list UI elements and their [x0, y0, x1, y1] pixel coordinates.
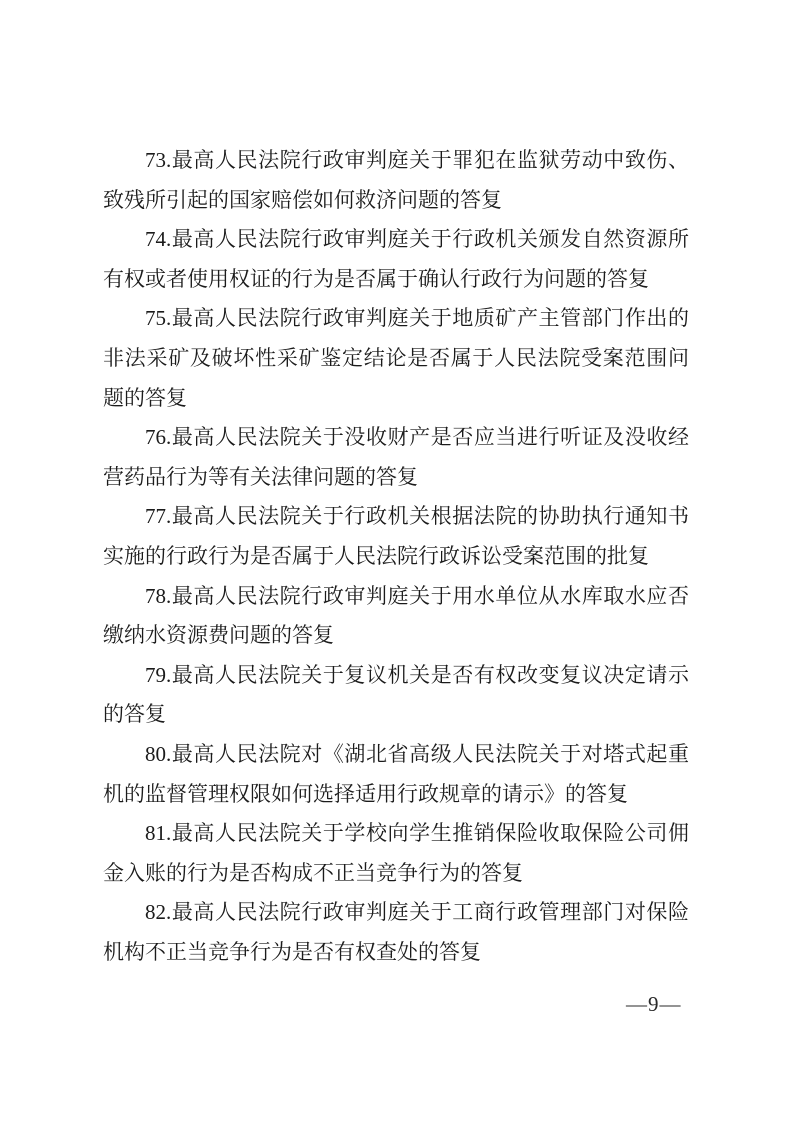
- list-item: 76.最高人民法院关于没收财产是否应当进行听证及没收经营药品行为等有关法律问题的…: [103, 418, 689, 497]
- list-item: 75.最高人民法院行政审判庭关于地质矿产主管部门作出的非法采矿及破坏性采矿鉴定结…: [103, 299, 689, 418]
- page-number: —9—: [626, 992, 682, 1016]
- list-item: 82.最高人民法院行政审判庭关于工商行政管理部门对保险机构不正当竞争行为是否有权…: [103, 893, 689, 972]
- list-item: 80.最高人民法院对《湖北省高级人民法院关于对塔式起重机的监督管理权限如何选择适…: [103, 735, 689, 814]
- list-item: 74.最高人民法院行政审判庭关于行政机关颁发自然资源所有权或者使用权证的行为是否…: [103, 220, 689, 299]
- list-item: 77.最高人民法院关于行政机关根据法院的协助执行通知书实施的行政行为是否属于人民…: [103, 497, 689, 576]
- list-item: 78.最高人民法院行政审判庭关于用水单位从水库取水应否缴纳水资源费问题的答复: [103, 577, 689, 656]
- list-item: 81.最高人民法院关于学校向学生推销保险收取保险公司佣金入账的行为是否构成不正当…: [103, 814, 689, 893]
- document-page: 73.最高人民法院行政审判庭关于罪犯在监狱劳动中致伤、致残所引起的国家赔偿如何救…: [0, 0, 793, 1122]
- toc-list: 73.最高人民法院行政审判庭关于罪犯在监狱劳动中致伤、致残所引起的国家赔偿如何救…: [103, 141, 689, 972]
- list-item: 73.最高人民法院行政审判庭关于罪犯在监狱劳动中致伤、致残所引起的国家赔偿如何救…: [103, 141, 689, 220]
- list-item: 79.最高人民法院关于复议机关是否有权改变复议决定请示的答复: [103, 656, 689, 735]
